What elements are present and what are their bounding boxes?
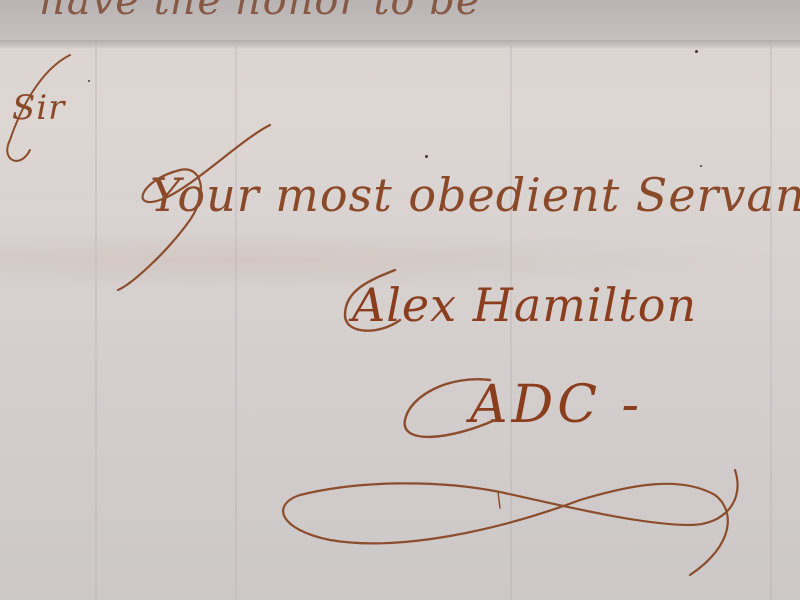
ink-speck xyxy=(695,50,698,53)
ink-speck xyxy=(700,165,702,167)
ink-speck xyxy=(88,80,90,82)
title-capital-flourish xyxy=(405,379,495,437)
signature-underline-flourish xyxy=(283,470,737,575)
closing-capital-flourish xyxy=(118,125,270,290)
salutation-flourish xyxy=(7,55,70,161)
ink-flourishes xyxy=(0,0,800,600)
signature-capital-flourish xyxy=(345,270,400,331)
ink-speck xyxy=(425,155,428,158)
flourish-tick xyxy=(498,492,500,508)
